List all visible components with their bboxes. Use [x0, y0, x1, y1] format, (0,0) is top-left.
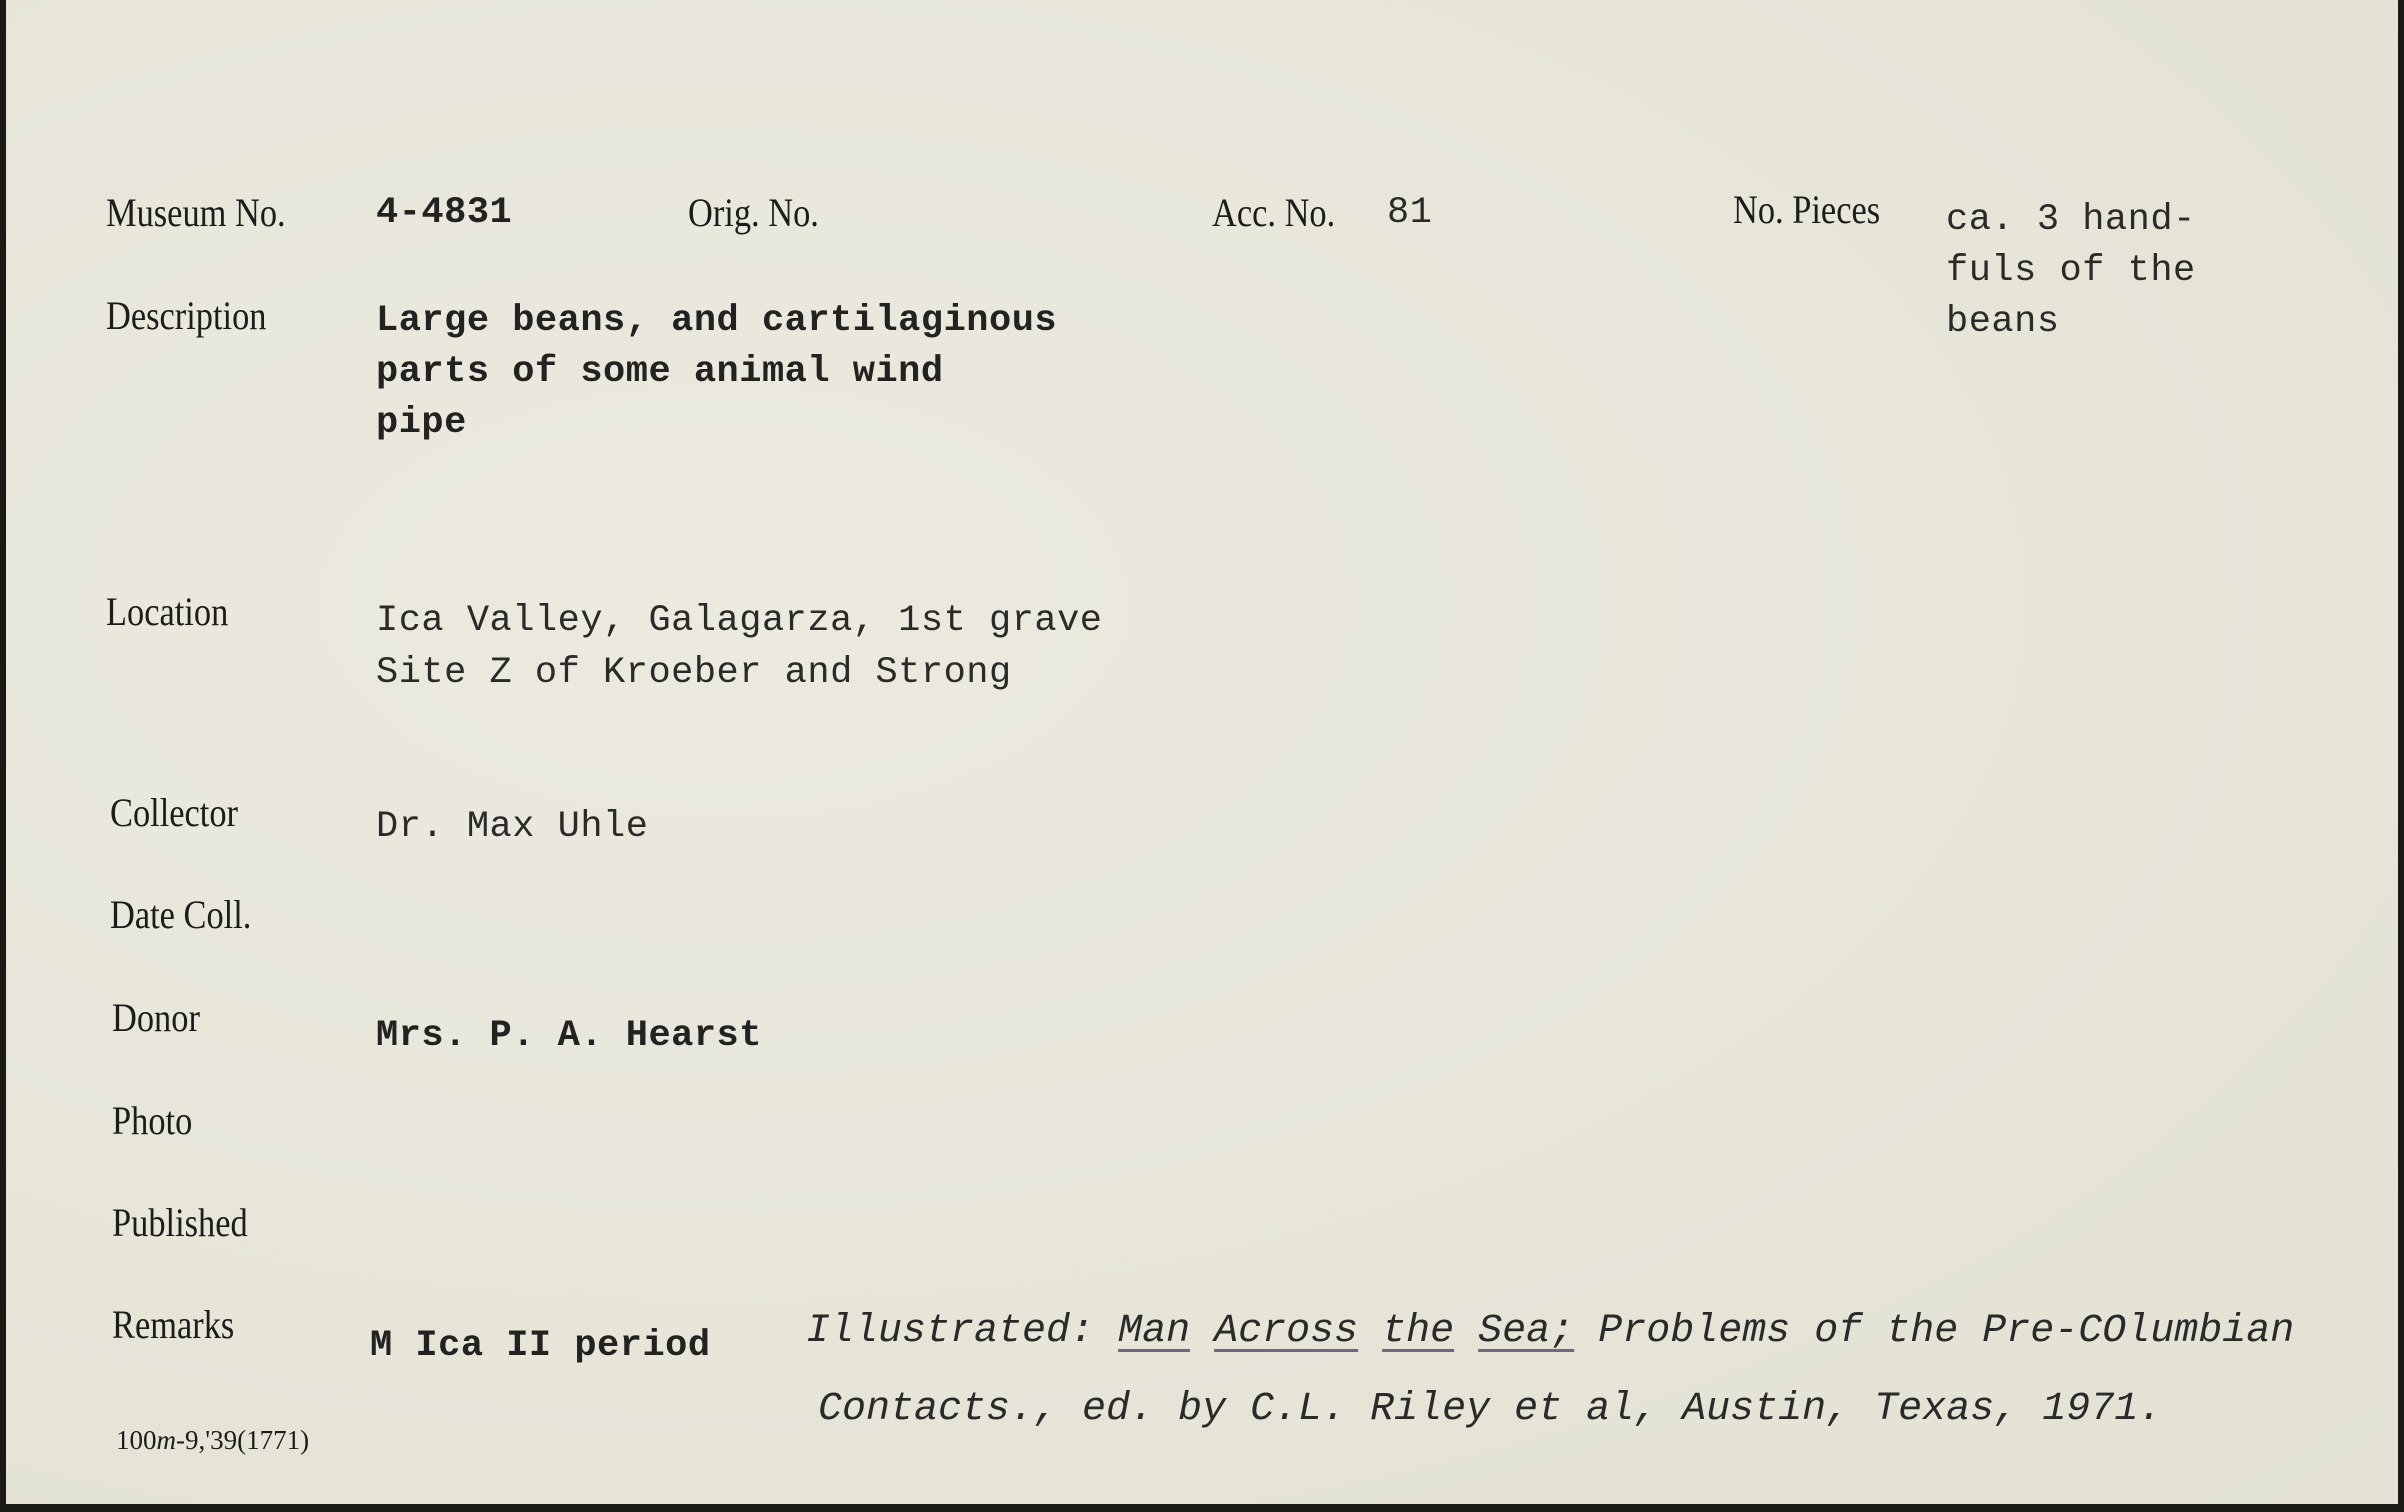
description-line: pipe — [376, 398, 467, 449]
collector-label: Collector — [110, 793, 238, 833]
no-pieces-label: No. Pieces — [1733, 190, 1880, 230]
photo-label: Photo — [112, 1101, 192, 1141]
donor-value: Mrs. P. A. Hearst — [376, 1011, 762, 1062]
acc-no-label: Acc. No. — [1212, 193, 1335, 233]
book-title-word: Man — [1118, 1309, 1190, 1354]
description-line: parts of some animal wind — [376, 347, 944, 398]
description-line: Large beans, and cartilaginous — [376, 296, 1057, 347]
book-title-word: Sea; — [1478, 1309, 1574, 1354]
catalog-card: Museum No. 4-4831 Orig. No. Acc. No. 81 … — [6, 0, 2398, 1504]
museum-no-label: Museum No. — [106, 193, 286, 233]
date-coll-label: Date Coll. — [110, 895, 251, 935]
publication-note-line-1: Illustrated: Man Across the Sea; Problem… — [806, 1300, 2294, 1364]
form-code-part: -9,'39(1771) — [176, 1425, 309, 1455]
form-code-part: 100 — [116, 1425, 157, 1455]
book-title-word: the — [1382, 1309, 1454, 1354]
published-label: Published — [112, 1203, 248, 1243]
museum-no-value: 4-4831 — [376, 188, 512, 239]
collector-value: Dr. Max Uhle — [376, 802, 648, 853]
location-line: Site Z of Kroeber and Strong — [376, 648, 1012, 699]
no-pieces-line: ca. 3 hand- — [1946, 195, 2196, 246]
location-line: Ica Valley, Galagarza, 1st grave — [376, 596, 1103, 647]
donor-label: Donor — [112, 998, 200, 1038]
publication-note-line-2: Contacts., ed. by C.L. Riley et al, Aust… — [818, 1378, 2162, 1442]
no-pieces-line: beans — [1946, 297, 2060, 348]
orig-no-label: Orig. No. — [688, 193, 819, 233]
acc-no-value: 81 — [1387, 188, 1432, 239]
description-label: Description — [106, 296, 266, 336]
remarks-value: M Ica II period — [370, 1321, 711, 1372]
no-pieces-line: fuls of the — [1946, 246, 2196, 297]
form-code: 100m-9,'39(1771) — [116, 1425, 309, 1456]
book-title-word: Across — [1214, 1309, 1358, 1354]
book-subtitle: Problems of the Pre-COlumbian — [1574, 1309, 2294, 1354]
form-code-part: m — [157, 1425, 177, 1455]
remarks-label: Remarks — [112, 1305, 234, 1345]
location-label: Location — [106, 592, 228, 632]
illustrated-prefix: Illustrated: — [806, 1309, 1118, 1354]
